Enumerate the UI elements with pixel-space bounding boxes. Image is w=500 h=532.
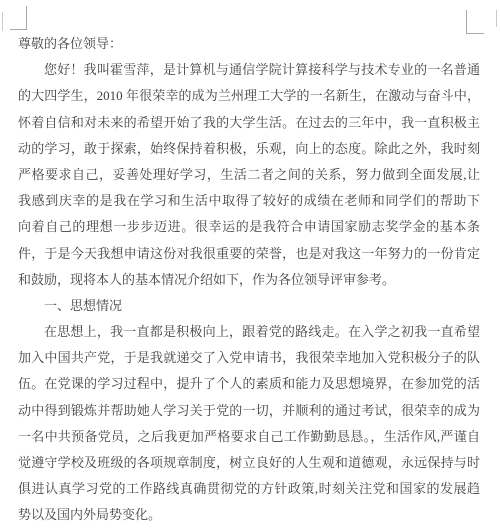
text-line: 动中得到锻炼并帮助她人学习关于党的一切，并顺利的通过考试，很荣幸的成为 [18,398,480,424]
margin-crop-mark-top-left-icon [10,6,27,30]
document-page: 尊敬的各位领导： 您好！我叫霍雪萍，是计算机与通信学院计算接科学与技术专业的一名… [0,0,500,532]
text-line: 我感到庆幸的是我在学习和生活中取得了较好的成绩在老师和同学们的帮助下 [18,188,480,214]
text-line: 在思想上，我一直都是积极向上，跟着党的路线走。在入学之初我一直希望 [18,319,480,345]
section-heading: 一、思想情况 [18,293,480,319]
adjacent-page-edge-right [496,10,497,27]
salutation-line: 尊敬的各位领导： [18,31,480,57]
document-text: 尊敬的各位领导： 您好！我叫霍雪萍，是计算机与通信学院计算接科学与技术专业的一名… [18,31,480,529]
text-line: 觉遵守学校及班级的各项规章制度，树立良好的人生观和道德观，永远保持与时 [18,450,480,476]
text-line: 的大四学生，2010 年很荣幸的成为兰州理工大学的一名新生，在激动与奋斗中， [18,83,480,109]
text-line: 您好！我叫霍雪萍，是计算机与通信学院计算接科学与技术专业的一名普通 [18,57,480,83]
text-line: 件，于是今天我想申请这份对我很重要的荣誉，也是对我这一年努力的一份肯定 [18,241,480,267]
text-line: 和鼓励，现将本人的基本情况介绍如下，作为各位领导评审参考。 [18,267,480,293]
text-line: 一名中共预备党员，之后我更加严格要求自己工作勤勤恳恳。，生活作风,严谨自 [18,424,480,450]
text-line: 势以及国内外局势变化。 [18,502,480,528]
text-line: 加入中国共产党，于是我就递交了入党申请书，我很荣幸地加入党积极分子的队 [18,345,480,371]
text-line: 向着自己的理想一步步迈进。很幸运的是我符合申请国家励志奖学金的基本条 [18,214,480,240]
text-line: 动的学习，敢于探索，始终保持着积极，乐观，向上的态度。除此之外，我时刻 [18,136,480,162]
text-line: 怀着自信和对未来的希望开始了我的大学生活。在过去的三年中，我一直积极主 [18,110,480,136]
text-line: 伍。在党课的学习过程中，提升了个人的素质和能力及思想境界，在参加党的活 [18,371,480,397]
text-line: 严格要求自己，妥善处理好学习，生活二者之间的关系，努力做到全面发展,让 [18,162,480,188]
text-line: 俱进认真学习党的工作路线真确贯彻党的方针政策,时刻关注党和国家的发展趋 [18,476,480,502]
adjacent-page-edge-left [2,12,3,31]
